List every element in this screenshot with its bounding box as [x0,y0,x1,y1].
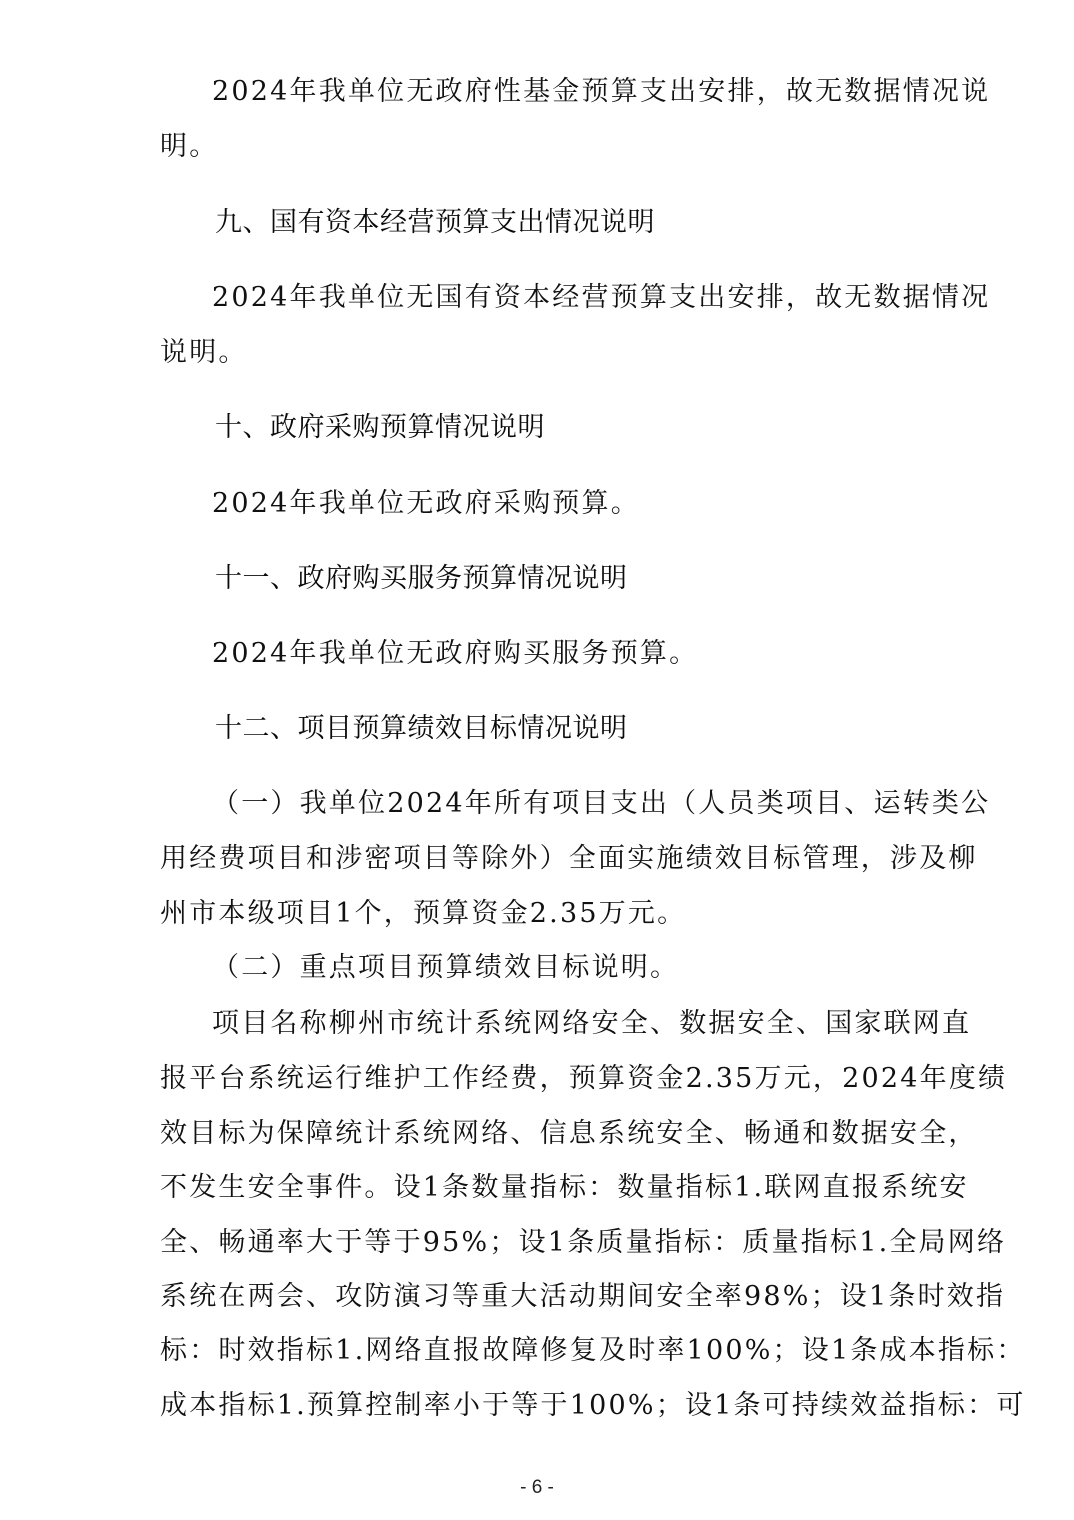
section-heading-11: 十一、政府购买服务预算情况说明 [215,559,628,599]
section-heading-12: 十二、项目预算绩效目标情况说明 [215,709,628,749]
paragraph-line: 2024年我单位无政府购买服务预算。 [212,634,982,674]
project-line: 不发生安全事件。设1条数量指标：数量指标1.联网直报系统安 [160,1168,930,1208]
subsection-1-line: 用经费项目和涉密项目等除外）全面实施绩效目标管理，涉及柳 [160,839,930,879]
project-line: 项目名称柳州市统计系统网络安全、数据安全、国家联网直 [212,1004,928,1044]
document-page: 2024年我单位无政府性基金预算支出安排，故无数据情况说 明。 九、国有资本经营… [0,0,1074,1520]
project-line: 成本指标1.预算控制率小于等于100%；设1条可持续效益指标：可 [160,1386,930,1426]
paragraph-line: 明。 [160,127,930,167]
project-line: 系统在两会、攻防演习等重大活动期间安全率98%；设1条时效指 [160,1277,930,1317]
paragraph-line: 2024年我单位无政府性基金预算支出安排，故无数据情况说 [212,72,928,112]
subsection-1-line: （一）我单位2024年所有项目支出（人员类项目、运转类公 [212,784,928,824]
subsection-1-line: 州市本级项目1个，预算资金2.35万元。 [160,894,930,934]
project-line: 标：时效指标1.网络直报故障修复及时率100%；设1条成本指标： [160,1331,930,1371]
section-heading-10: 十、政府采购预算情况说明 [215,408,545,448]
project-line: 效目标为保障统计系统网络、信息系统安全、畅通和数据安全， [160,1114,930,1154]
page-number: - 6 - [0,1476,1074,1500]
section-heading-9: 九、国有资本经营预算支出情况说明 [215,203,655,243]
paragraph-line: 2024年我单位无国有资本经营预算支出安排，故无数据情况 [212,278,928,318]
paragraph-line: 2024年我单位无政府采购预算。 [212,484,982,524]
paragraph-line: 说明。 [160,333,930,373]
project-line: 全、畅通率大于等于95%；设1条质量指标：质量指标1.全局网络 [160,1223,930,1263]
subsection-2-heading: （二）重点项目预算绩效目标说明。 [212,948,982,988]
project-line: 报平台系统运行维护工作经费，预算资金2.35万元，2024年度绩 [160,1059,930,1099]
